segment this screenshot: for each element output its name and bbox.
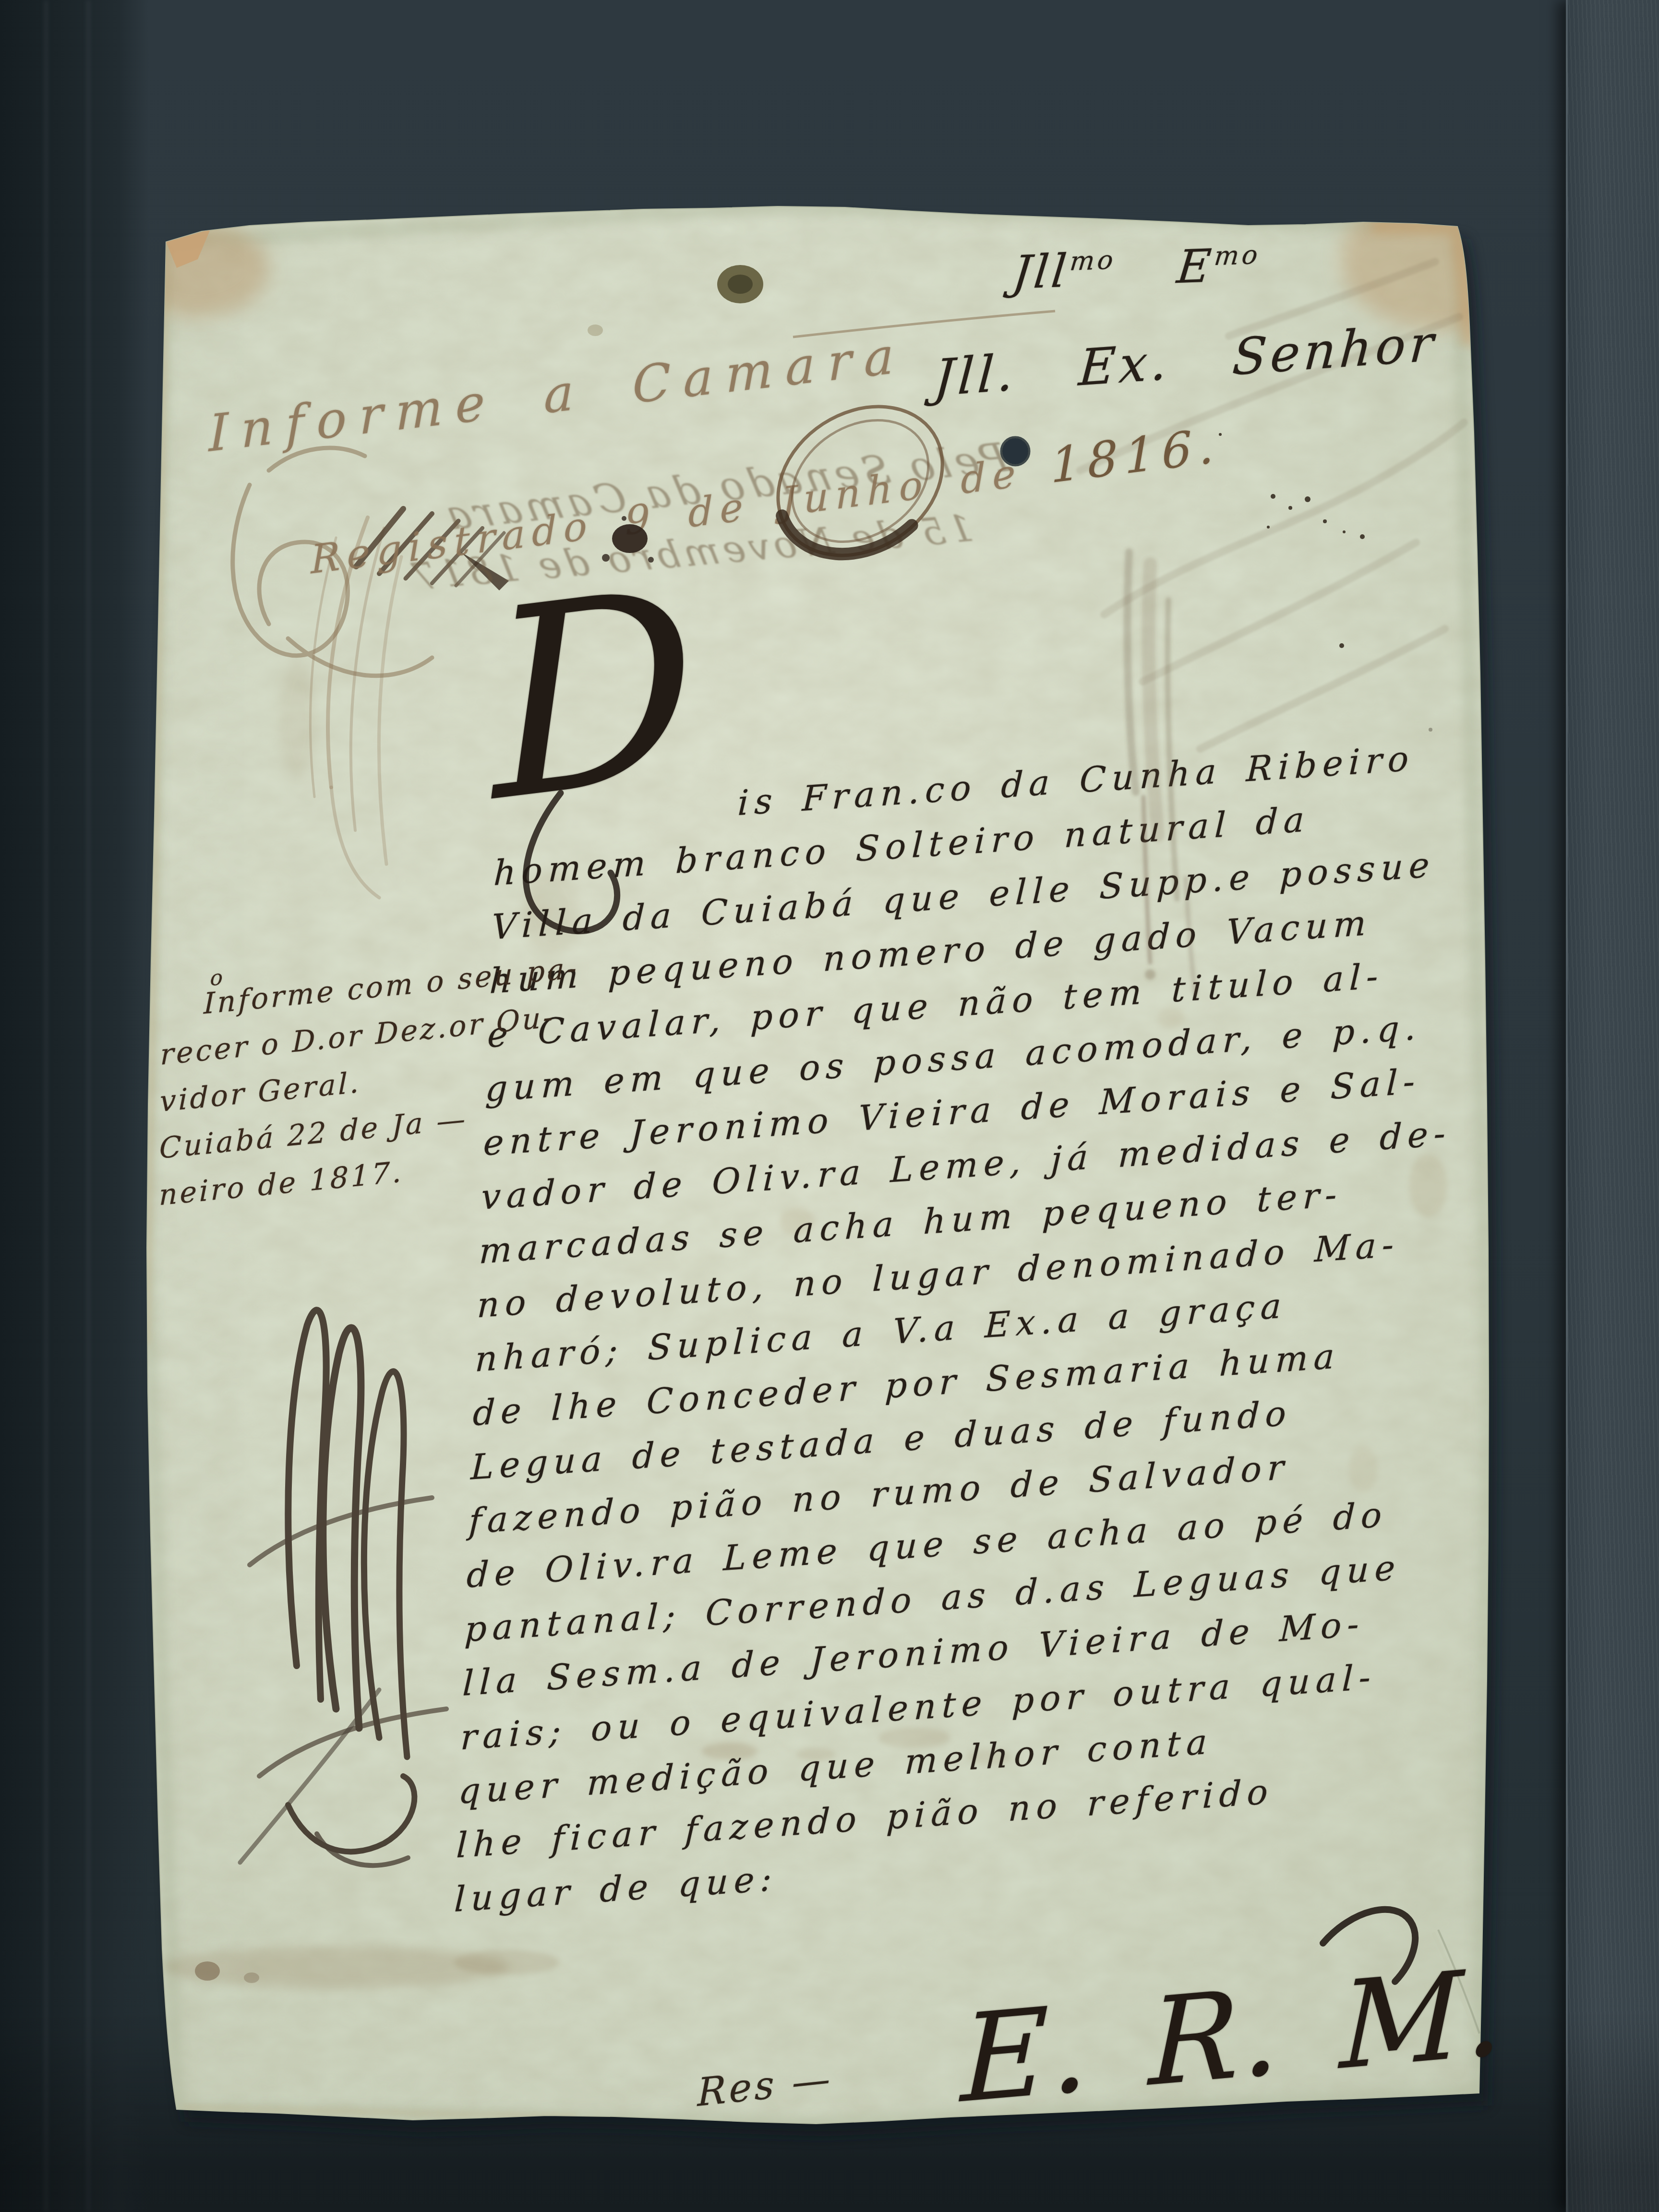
ink-specks xyxy=(1219,433,1432,732)
overlay-marks xyxy=(0,0,1659,2212)
stamp-oval xyxy=(750,376,971,586)
ink-blot xyxy=(602,516,654,563)
initial-d-swash xyxy=(526,793,617,931)
ink-smear-band xyxy=(1127,552,1195,994)
manuscript-photo: Pelo Senado da Camara 15 de Novembro de … xyxy=(0,0,1659,2212)
punch-hole xyxy=(1001,437,1029,465)
closing-m-swash xyxy=(1323,1910,1415,1982)
